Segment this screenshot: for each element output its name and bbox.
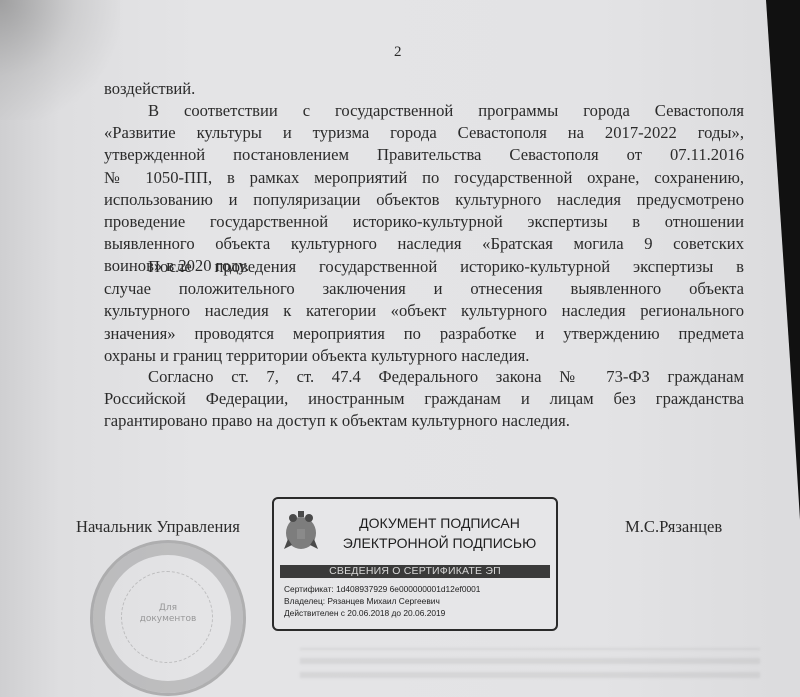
- text-line: «Развитие культуры и туризма города Сева…: [104, 122, 744, 144]
- text-line: В соответствии с государственной програм…: [104, 100, 744, 122]
- certificate-owner: Владелец: Рязанцев Михаил Сергеевич: [284, 595, 549, 607]
- signer-position: Начальник Управления: [76, 517, 240, 537]
- paragraph-law: Согласно ст. 7, ст. 47.4 Федерального за…: [104, 366, 744, 433]
- paragraph-0: воздействий.: [104, 78, 744, 100]
- text-line: утвержденной постановлением Правительств…: [104, 144, 744, 166]
- text-line: значения» проводятся мероприятия по разр…: [104, 323, 744, 345]
- round-seal: Для документов: [90, 540, 246, 696]
- certificate-info-band: СВЕДЕНИЯ О СЕРТИФИКАТЕ ЭП: [280, 565, 550, 578]
- russian-coat-of-arms-icon: [282, 509, 320, 553]
- seal-center-text: Для документов: [93, 603, 243, 625]
- page-shadow: [0, 0, 120, 120]
- paragraph-expertise: После проведения государственной историк…: [104, 256, 744, 367]
- text-line: № 1050-ПП, в рамках мероприятий по госуд…: [104, 167, 744, 189]
- text-line: После проведения государственной историк…: [104, 256, 744, 278]
- certificate-validity: Действителен с 20.06.2018 до 20.06.2019: [284, 607, 549, 619]
- text-line: Согласно ст. 7, ст. 47.4 Федерального за…: [104, 366, 744, 388]
- e-signature-stamp: ДОКУМЕНТ ПОДПИСАН ЭЛЕКТРОННОЙ ПОДПИСЬЮ С…: [272, 497, 558, 631]
- certificate-number: Сертификат: 1d408937929 6e000000001d12ef…: [284, 583, 549, 595]
- paragraph-program: В соответствии с государственной програм…: [104, 100, 744, 278]
- document-page: 2 воздействий. В соответствии с государс…: [0, 0, 800, 697]
- text-line: Российской Федерации, иностранным гражда…: [104, 388, 744, 410]
- title-line: ЭЛЕКТРОННОЙ ПОДПИСЬЮ: [332, 533, 547, 553]
- show-through-text: [300, 648, 760, 678]
- text-line: выявленного объекта культурного наследия…: [104, 233, 744, 255]
- title-line: ДОКУМЕНТ ПОДПИСАН: [332, 513, 547, 533]
- text-line: охраны и границ территории объекта культ…: [104, 345, 744, 367]
- text-line: гарантировано право на доступ к объектам…: [104, 410, 744, 432]
- text-line: воздействий.: [104, 78, 744, 100]
- signer-name: М.С.Рязанцев: [625, 517, 722, 537]
- seal-text-line: документов: [93, 614, 243, 625]
- text-line: использованию и популяризации объектов к…: [104, 189, 744, 211]
- seal-text-line: Для: [93, 603, 243, 614]
- certificate-details: Сертификат: 1d408937929 6e000000001d12ef…: [284, 583, 549, 619]
- text-line: случае положительного заключения и отнес…: [104, 278, 744, 300]
- e-signature-title: ДОКУМЕНТ ПОДПИСАН ЭЛЕКТРОННОЙ ПОДПИСЬЮ: [332, 513, 547, 553]
- page-number: 2: [394, 44, 402, 61]
- text-line: проведение государственной историко-куль…: [104, 211, 744, 233]
- text-line: культурного наследия к категории «объект…: [104, 300, 744, 322]
